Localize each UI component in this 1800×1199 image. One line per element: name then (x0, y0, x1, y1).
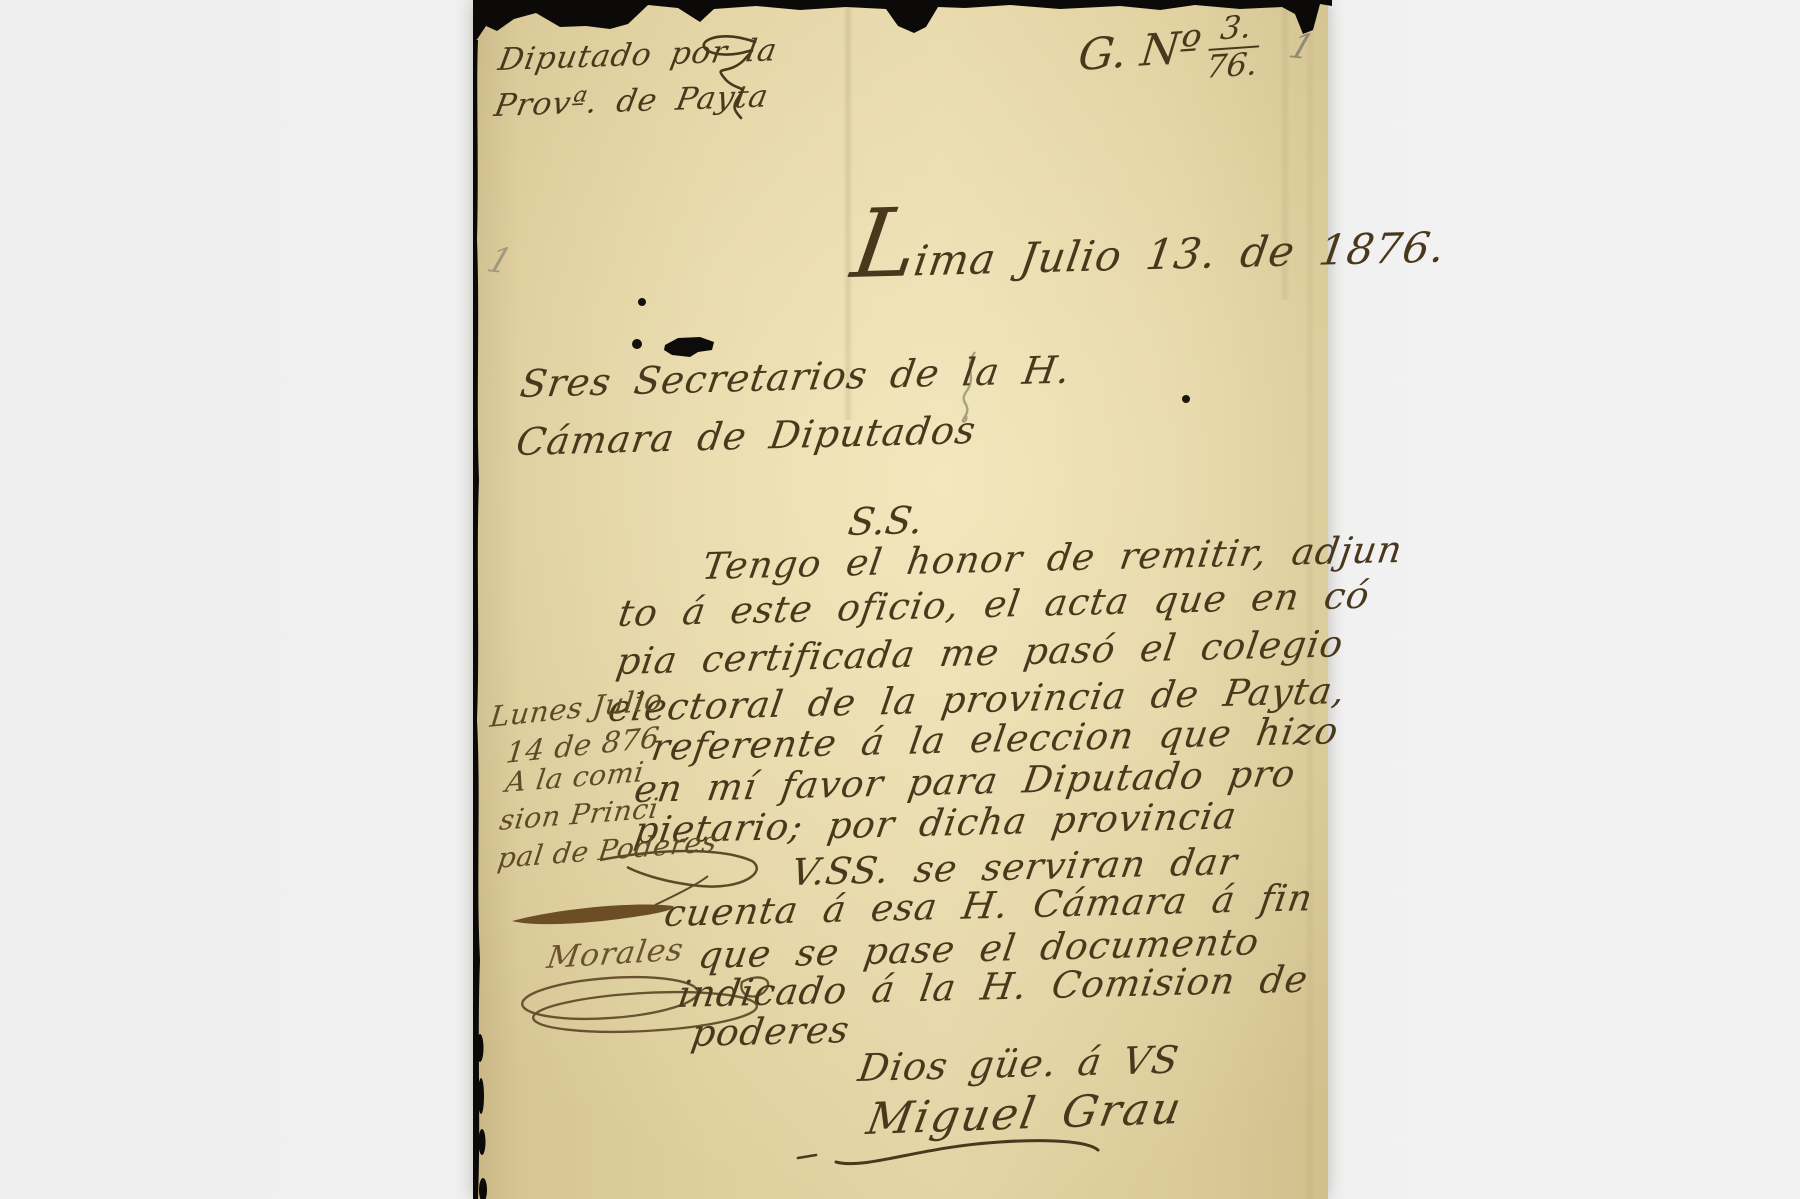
file-number-numerator: 3. (1208, 12, 1263, 51)
closing-line: Dios güe. á VS (855, 1038, 1182, 1090)
scanned-document-page: Diputado por la Provª. de Payta G. Nº3.7… (0, 0, 1800, 1199)
file-number-denominator: 76. (1205, 47, 1259, 84)
file-number-prefix: G. Nº (1076, 22, 1203, 81)
salutation: S.S. (845, 498, 925, 544)
body-line: poderes (688, 1008, 852, 1055)
dateline: Lima Julio 13. de 1876. (847, 201, 1452, 287)
file-number: G. Nº3.76. (1075, 12, 1263, 94)
file-number-fraction: 3.76. (1205, 12, 1263, 85)
